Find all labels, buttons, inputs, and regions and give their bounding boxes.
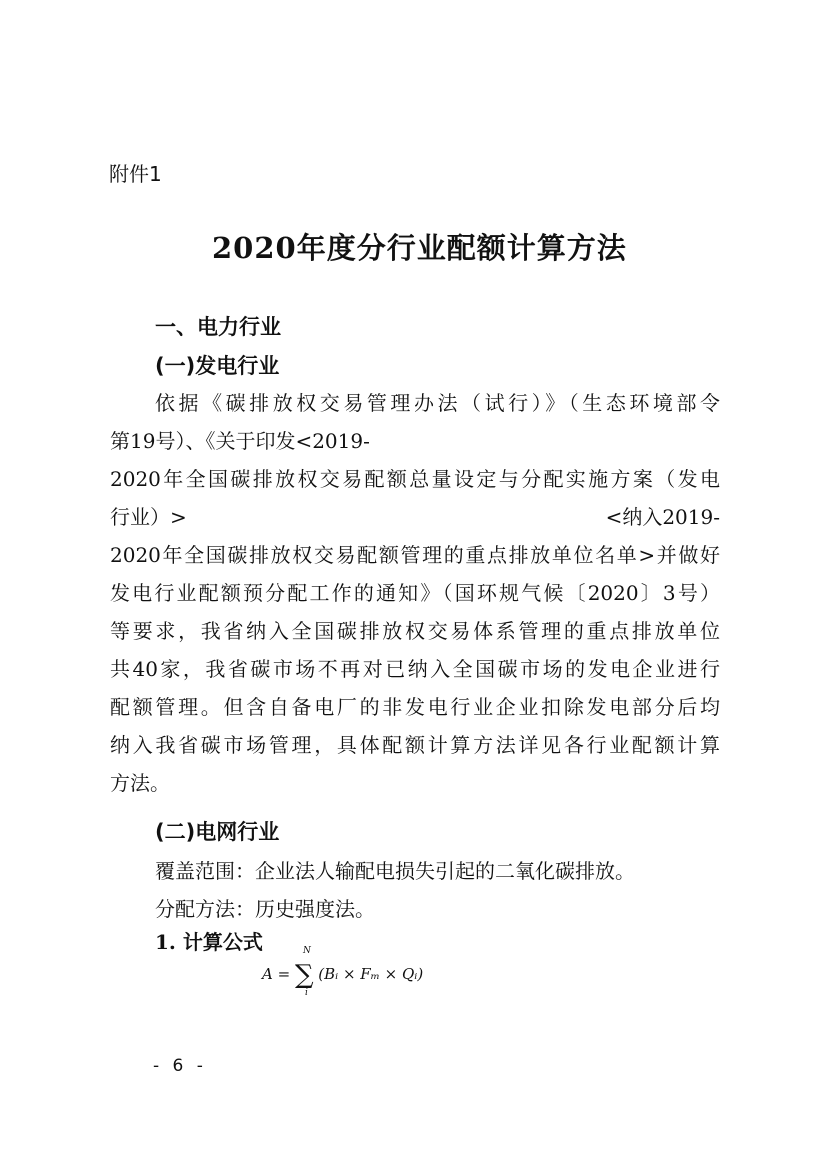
paragraph-line: 依据《碳排放权交易管理办法（试行）》（生态环境部令 bbox=[110, 384, 720, 422]
summation-upper: N bbox=[303, 946, 311, 956]
coverage-line: 覆盖范围：企业法人输配电损失引起的二氧化碳排放。 bbox=[110, 852, 720, 890]
power-generation-paragraph: 依据《碳排放权交易管理办法（试行）》（生态环境部令 第19号）、《关于印发<20… bbox=[110, 384, 720, 802]
paragraph-line: 2020年全国碳排放权交易配额管理的重点排放单位名单>并做好 bbox=[110, 536, 720, 574]
paragraph-line-right: <纳入2019- bbox=[606, 498, 720, 536]
paragraph-line: 共40家，我省碳市场不再对已纳入全国碳市场的发电企业进行 bbox=[110, 650, 720, 688]
paragraph-line-left: 行业）> bbox=[110, 498, 187, 536]
attachment-label: 附件1 bbox=[109, 158, 162, 187]
subsection-heading-power-generation: (一)发电行业 bbox=[155, 350, 279, 380]
paragraph-line: 2020年全国碳排放权交易配额总量设定与分配实施方案（发电 bbox=[110, 460, 720, 498]
allocation-formula: A = N ∑ i (Bᵢ × Fₘ × Qᵢ) bbox=[262, 956, 423, 986]
summation: N ∑ i bbox=[295, 956, 314, 986]
formula-heading: 1. 计算公式 bbox=[155, 926, 263, 955]
sigma-symbol: ∑ bbox=[295, 960, 314, 990]
paragraph-line: 配额管理。但含自备电厂的非发电行业企业扣除发电部分后均 bbox=[110, 688, 720, 726]
formula-lhs: A = bbox=[262, 965, 290, 983]
paragraph-line: 第19号）、《关于印发<2019- bbox=[110, 422, 720, 460]
section-heading-power-industry: 一、电力行业 bbox=[155, 311, 281, 341]
document-title: 2020年度分行业配额计算方法 bbox=[212, 226, 627, 267]
paragraph-line: 发电行业配额预分配工作的通知》（国环规气候〔2020〕3号） bbox=[110, 574, 720, 612]
paragraph-line: 行业）> <纳入2019- bbox=[110, 498, 720, 536]
formula-rhs: (Bᵢ × Fₘ × Qᵢ) bbox=[318, 965, 423, 983]
paragraph-line: 方法。 bbox=[110, 764, 720, 802]
paragraph-line: 纳入我省碳市场管理，具体配额计算方法详见各行业配额计算 bbox=[110, 726, 720, 764]
method-line: 分配方法：历史强度法。 bbox=[110, 890, 720, 928]
power-grid-paragraph: 覆盖范围：企业法人输配电损失引起的二氧化碳排放。 分配方法：历史强度法。 bbox=[110, 852, 720, 928]
subsection-heading-power-grid: (二)电网行业 bbox=[155, 816, 279, 846]
paragraph-line: 等要求，我省纳入全国碳排放权交易体系管理的重点排放单位 bbox=[110, 612, 720, 650]
page-number: - 6 - bbox=[153, 1056, 207, 1076]
summation-lower: i bbox=[305, 988, 308, 998]
